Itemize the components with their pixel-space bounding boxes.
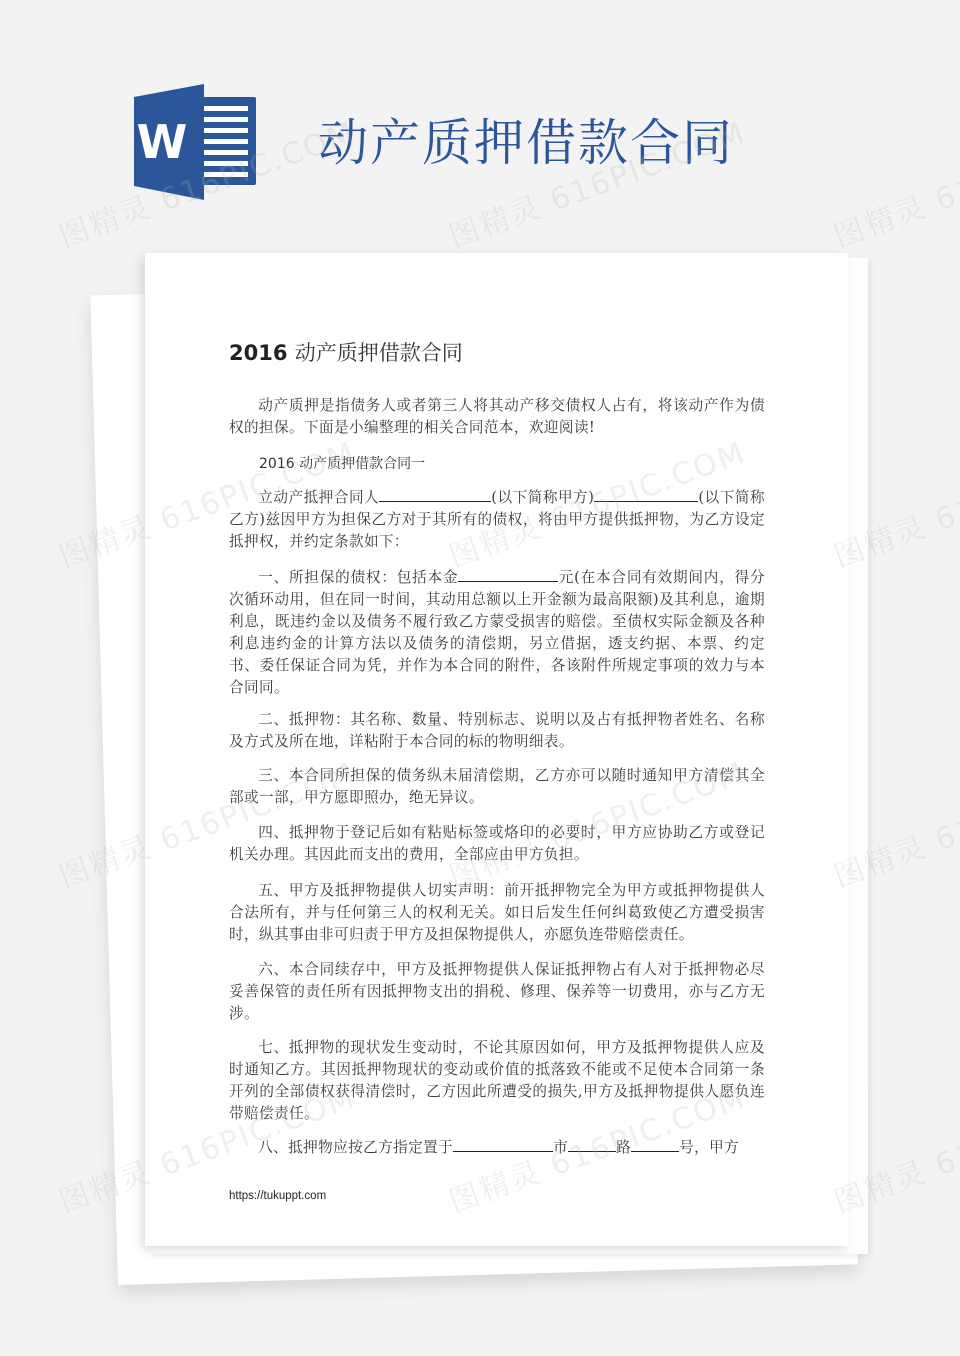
clause-text: 一、所担保的债权：包括本金 (258, 569, 458, 586)
clause-8: 八、抵押物应按乙方指定置于市路号，甲方 (229, 1137, 765, 1159)
clause-text: 市 (553, 1139, 568, 1156)
preamble-paragraph: 立动产抵押合同人(以下简称甲方)(以下简称乙方)兹因甲方为担保乙方对于其所有的债… (229, 487, 765, 553)
document-page: 2016 动产质押借款合同 动产质押是指债务人或者第三人将其动产移交债权人占有，… (145, 253, 848, 1246)
principal-amount-blank (458, 567, 558, 582)
clause-text: 八、抵押物应按乙方指定置于 (258, 1139, 453, 1156)
clause-4: 四、抵押物于登记后如有粘贴标签或烙印的必要时，甲方应协助乙方或登记机关办理。其因… (229, 822, 765, 866)
title-text: 动产质押借款合同 (295, 341, 463, 365)
clause-text: 元(在本合同有效期间内，得分次循环动用，但在同一时间，其动用总额以上开金额为最高… (229, 569, 765, 696)
clause-3: 三、本合同所担保的债务纵未届清偿期，乙方亦可以随时通知甲方清偿其全部或一部，甲方… (229, 765, 765, 809)
party-b-blank (594, 487, 698, 502)
header-banner: W 动产质押借款合同 (0, 0, 960, 240)
preamble-text: (以下简称甲方) (491, 489, 594, 506)
preamble-text: 立动产抵押合同人 (258, 489, 379, 506)
word-document-icon: W (134, 84, 258, 200)
intro-paragraph: 动产质押是指债务人或者第三人将其动产移交债权人占有，将该动产作为债权的担保。下面… (229, 395, 765, 439)
city-blank (453, 1137, 553, 1152)
footer-url: https://tukuppt.com (229, 1190, 326, 1202)
clause-text: 路 (616, 1139, 631, 1156)
document-title: 2016 动产质押借款合同 (229, 337, 463, 367)
title-year: 2016 (229, 341, 287, 365)
number-blank (631, 1137, 679, 1152)
banner-title: 动产质押借款合同 (318, 108, 734, 178)
party-a-blank (379, 487, 491, 502)
svg-text:W: W (137, 115, 188, 169)
contract-subheading: 2016 动产质押借款合同一 (259, 453, 425, 473)
clause-7: 七、抵押物的现状发生变动时，不论其原因如何，甲方及抵押物提供人应及时通知乙方。其… (229, 1037, 765, 1125)
clause-6: 六、本合同续存中，甲方及抵押物提供人保证抵押物占有人对于抵押物必尽妥善保管的责任… (229, 959, 765, 1025)
clause-5: 五、甲方及抵押物提供人切实声明：前开抵押物完全为甲方或抵押物提供人合法所有，并与… (229, 880, 765, 946)
road-blank (568, 1137, 616, 1152)
clause-text: 号，甲方 (679, 1139, 739, 1156)
clause-2: 二、抵押物：其名称、数量、特别标志、说明以及占有抵押物者姓名、名称及方式及所在地… (229, 709, 765, 753)
clause-1: 一、所担保的债权：包括本金元(在本合同有效期间内，得分次循环动用，但在同一时间，… (229, 567, 765, 699)
